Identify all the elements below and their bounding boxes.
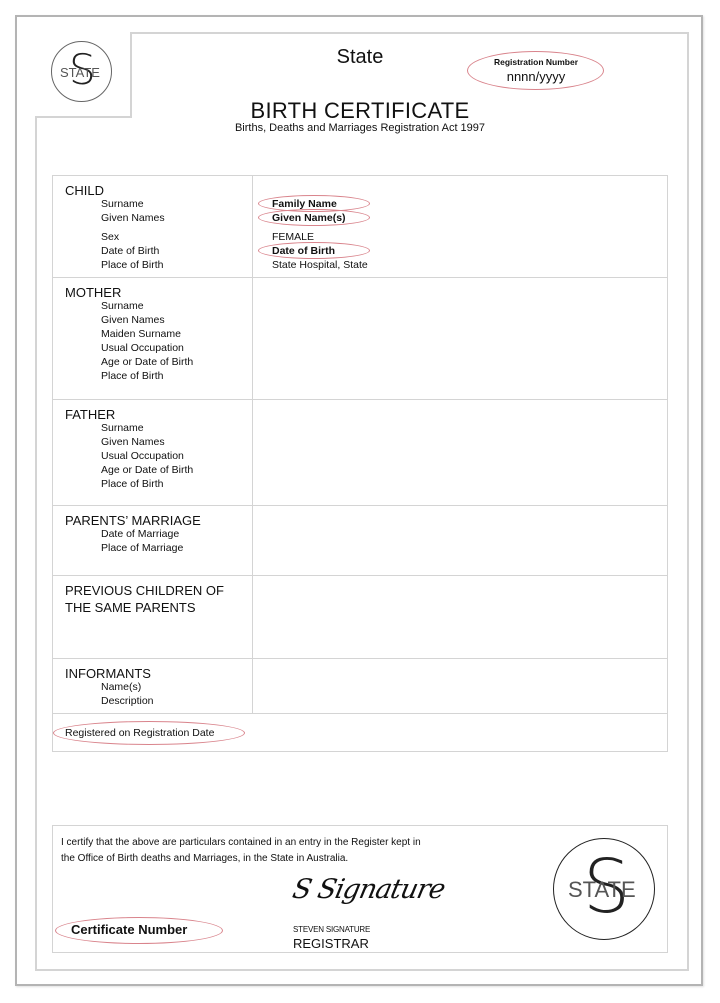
child-sex-value: FEMALE xyxy=(272,230,368,244)
field-values: Family Name Given Name(s) FEMALE Date of… xyxy=(272,197,368,272)
seal-text: STATE xyxy=(60,66,100,79)
inner-border-left xyxy=(35,116,37,971)
field-label: Description xyxy=(101,694,154,708)
inner-border-bottom xyxy=(35,969,689,971)
field-label: Place of Marriage xyxy=(101,541,183,555)
field-label: Sex xyxy=(101,230,165,244)
inner-border-right xyxy=(687,32,689,971)
child-place-of-birth-value: State Hospital, State xyxy=(272,258,368,272)
column-divider xyxy=(252,576,253,658)
certificate-title: BIRTH CERTIFICATE xyxy=(0,98,720,124)
section-heading: PREVIOUS CHILDREN OF THE SAME PARENTS xyxy=(65,582,224,616)
field-label: Given Names xyxy=(101,435,193,449)
seal-text: STATE xyxy=(568,879,636,901)
section-informants: INFORMANTS Name(s) Description xyxy=(53,659,667,714)
certification-text: I certify that the above are particulars… xyxy=(61,835,501,866)
registrar-title: REGISTRAR xyxy=(293,936,369,951)
column-divider xyxy=(252,278,253,399)
child-given-names-value: Given Name(s) xyxy=(272,211,368,225)
registration-number-value: nnnn/yyyy xyxy=(468,69,604,84)
column-divider xyxy=(252,400,253,505)
certification-line: the Office of Birth deaths and Marriages… xyxy=(61,851,501,867)
heading-line: THE SAME PARENTS xyxy=(65,599,224,616)
field-label: Usual Occupation xyxy=(101,449,193,463)
field-labels: Surname Given Names Usual Occupation Age… xyxy=(101,421,193,491)
registrar-name: STEVEN SIGNATURE xyxy=(293,925,370,934)
field-labels: Name(s) Description xyxy=(101,680,154,708)
state-heading: State xyxy=(300,46,420,69)
column-divider xyxy=(252,506,253,575)
field-label: Place of Birth xyxy=(101,477,193,491)
field-label: Date of Marriage xyxy=(101,527,183,541)
child-surname-value: Family Name xyxy=(272,197,368,211)
field-labels: Date of Marriage Place of Marriage xyxy=(101,527,183,555)
field-label: Surname xyxy=(101,421,193,435)
registration-number-label: Registration Number xyxy=(468,57,604,67)
field-label: Date of Birth xyxy=(101,244,165,258)
field-label: Surname xyxy=(101,197,165,211)
field-label: Place of Birth xyxy=(101,369,193,383)
section-mother: MOTHER Surname Given Names Maiden Surnam… xyxy=(53,278,667,400)
state-seal-small: S STATE xyxy=(51,41,112,102)
field-label: Surname xyxy=(101,299,193,313)
section-parents-marriage: PARENTS’ MARRIAGE Date of Marriage Place… xyxy=(53,506,667,576)
field-label: Usual Occupation xyxy=(101,341,193,355)
certificate-number: Certificate Number xyxy=(71,922,187,937)
field-label: Age or Date of Birth xyxy=(101,355,193,369)
state-seal-large: S STATE xyxy=(553,838,655,940)
certification-box: I certify that the above are particulars… xyxy=(52,825,668,953)
field-label: Place of Birth xyxy=(101,258,165,272)
field-labels: Surname Given Names Maiden Surname Usual… xyxy=(101,299,193,383)
registered-row: Registered on Registration Date xyxy=(53,714,667,751)
field-label: Age or Date of Birth xyxy=(101,463,193,477)
field-label: Given Names xyxy=(101,313,193,327)
certification-line: I certify that the above are particulars… xyxy=(61,835,501,851)
field-label: Maiden Surname xyxy=(101,327,193,341)
registration-number: Registration Number nnnn/yyyy xyxy=(468,50,604,90)
field-labels: Surname Given Names Sex Date of Birth Pl… xyxy=(101,197,165,272)
inner-border-top xyxy=(130,32,689,34)
section-father: FATHER Surname Given Names Usual Occupat… xyxy=(53,400,667,506)
field-label: Name(s) xyxy=(101,680,154,694)
section-heading: CHILD xyxy=(65,182,104,199)
column-divider xyxy=(252,176,253,277)
registered-date: Registered on Registration Date xyxy=(65,727,214,739)
certificate-subtitle: Births, Deaths and Marriages Registratio… xyxy=(0,122,720,134)
section-child: CHILD Surname Given Names Sex Date of Bi… xyxy=(53,176,667,278)
field-label: Given Names xyxy=(101,211,165,225)
heading-line: PREVIOUS CHILDREN OF xyxy=(65,582,224,599)
column-divider xyxy=(252,659,253,713)
child-dob-value: Date of Birth xyxy=(272,244,368,258)
registrar-signature: S Signature xyxy=(290,874,448,905)
section-previous-children: PREVIOUS CHILDREN OF THE SAME PARENTS xyxy=(53,576,667,659)
details-table: CHILD Surname Given Names Sex Date of Bi… xyxy=(52,175,668,752)
